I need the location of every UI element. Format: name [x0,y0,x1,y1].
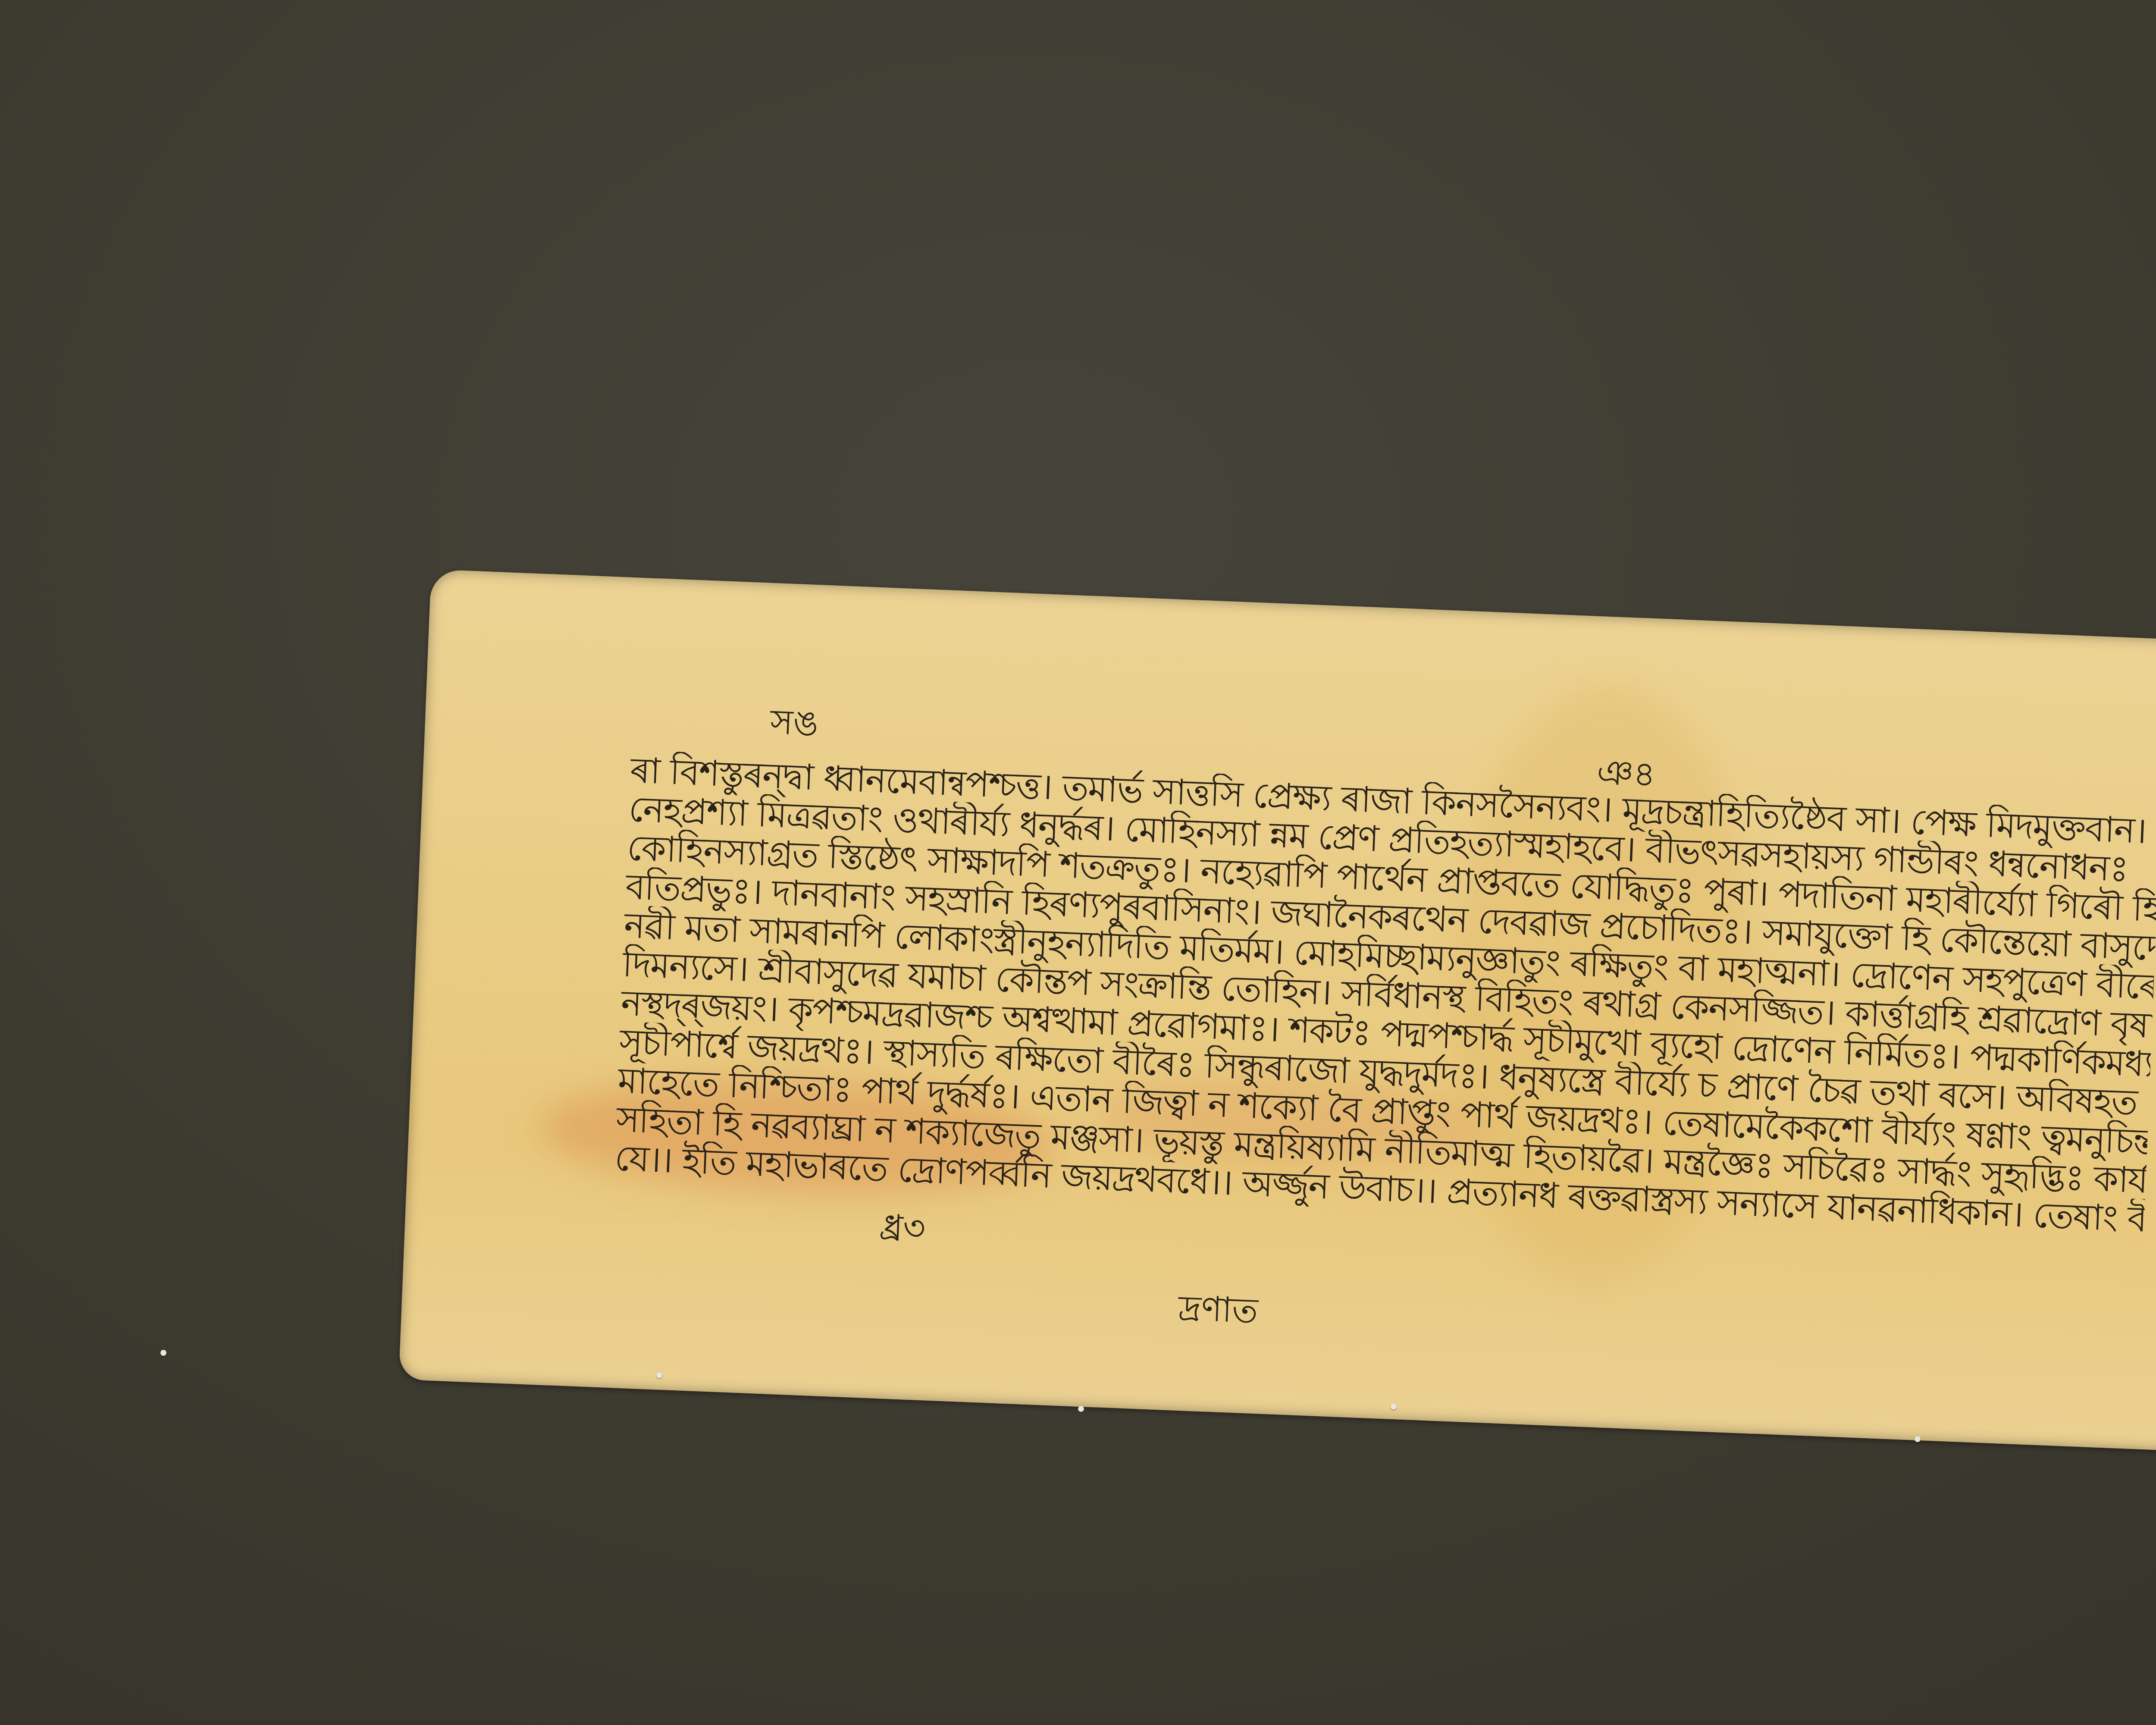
manuscript-leaf: সঙ ঞ৪ ৰা বিশস্তুৰন্দ্বা ধ্বানমেবান্বপশ্চ… [399,569,2156,1456]
mounting-pin [160,1350,166,1356]
mounting-pin [1391,1404,1397,1410]
mounting-pin [1078,1406,1084,1412]
margin-note-bottom-left: ধ্ৰ৩ [878,1200,927,1260]
margin-note-top-left: সঙ [769,695,820,755]
margin-note-bottom-center: দ্রণাত [1177,1281,1259,1342]
mounting-pin [1915,1436,1921,1442]
mounting-pin [656,1372,662,1378]
